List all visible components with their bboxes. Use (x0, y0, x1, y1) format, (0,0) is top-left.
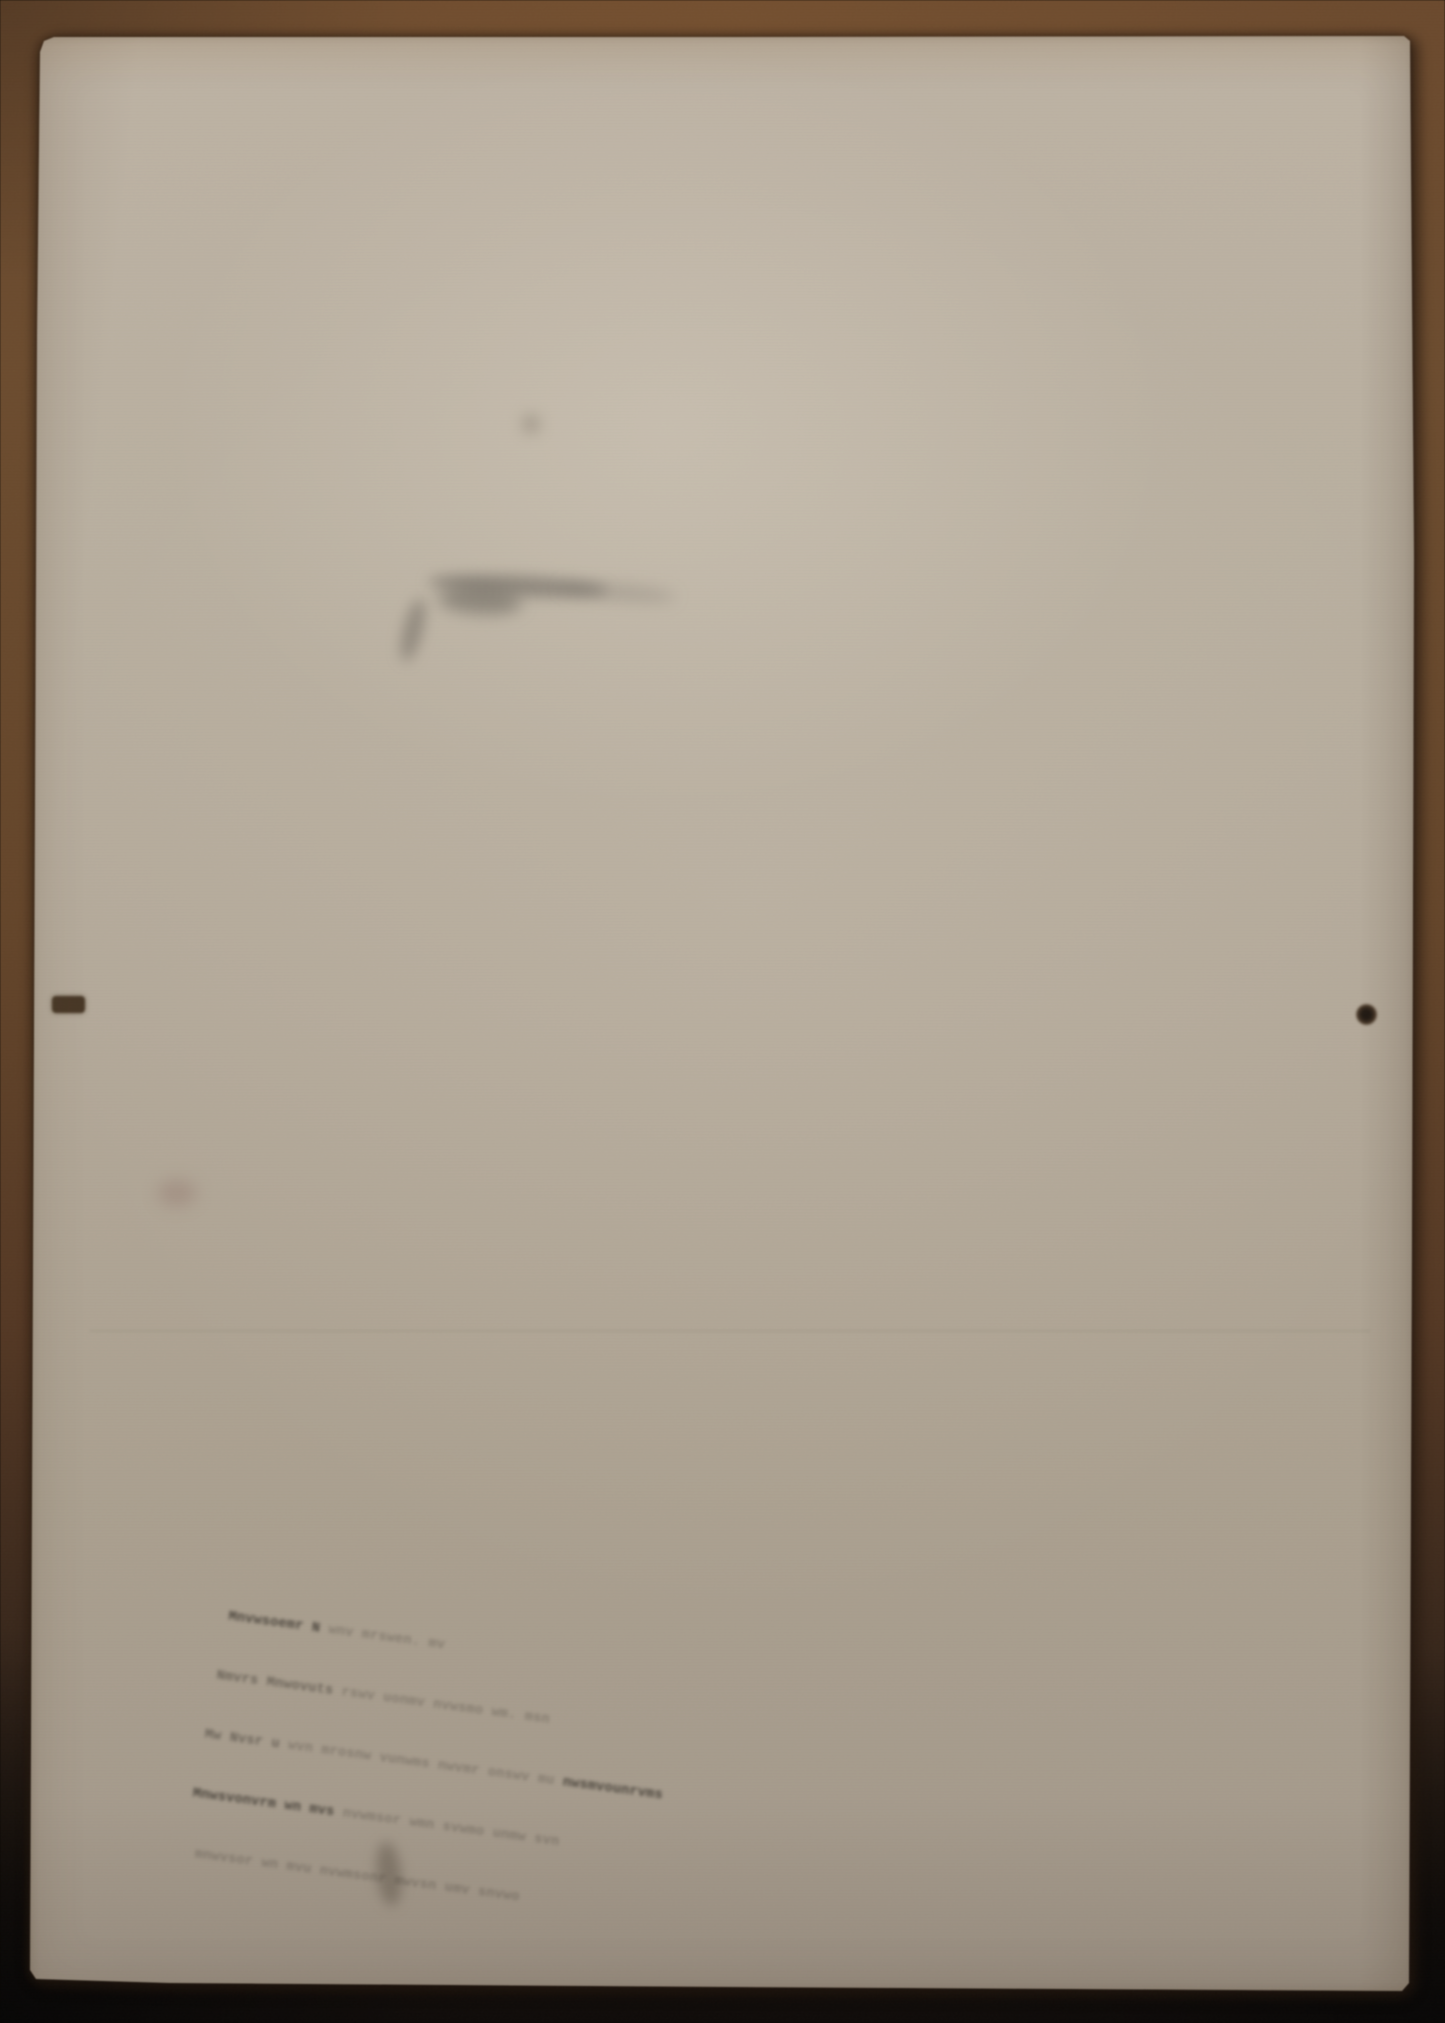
paper-sheet-wrap: Mnvwsoemr N wnv mrswen. mv Nmvrs Mnwovut… (0, 0, 1445, 2023)
stamp-text-segment: mnwvsor wn mvu nvwmsonr mwvsn umv snvwo (194, 1847, 521, 1905)
pin-hole-right (1356, 1004, 1377, 1025)
stamp-text-segment: Mnvwsoemr N (227, 1610, 321, 1637)
stamp-text-segment: Nmvrs Mnwovuts (216, 1669, 335, 1699)
stamp-text-segment: rswv uonmv nvwsmo wm. msn (332, 1684, 551, 1728)
stamp-text-segment: Mnwsvonvrm wn mvs (192, 1786, 336, 1820)
punch-slot-left (52, 996, 85, 1013)
faint-spot-center (522, 414, 540, 434)
stamp-text-segment: Mw Nvsr u (204, 1728, 281, 1753)
illegible-stamp: Mnvwsoemr N wnv mrswen. mv Nmvrs Mnwovut… (190, 1568, 750, 1974)
stamp-text-segment: nwsmvounrvms (562, 1775, 664, 1803)
faint-spot-left (158, 1180, 196, 1206)
smudge-mark-upper-tail (560, 580, 677, 604)
stamp-text-segment: wvn mrosnw vunwms nwvmr onswv mu (279, 1738, 564, 1791)
stamp-text-segment: nvwmsor wmn svwmo unmw svn (333, 1805, 560, 1850)
smudge-mark-upper-descender (397, 597, 430, 663)
paper-sheet: Mnvwsoemr N wnv mrswen. mv Nmvrs Mnwovut… (30, 36, 1415, 1992)
photo-frame: Mnvwsoemr N wnv mrswen. mv Nmvrs Mnwovut… (0, 0, 1445, 2023)
stamp-text-segment: wnv mrswen. mv (319, 1622, 446, 1654)
faint-crease-line (90, 1330, 1370, 1332)
